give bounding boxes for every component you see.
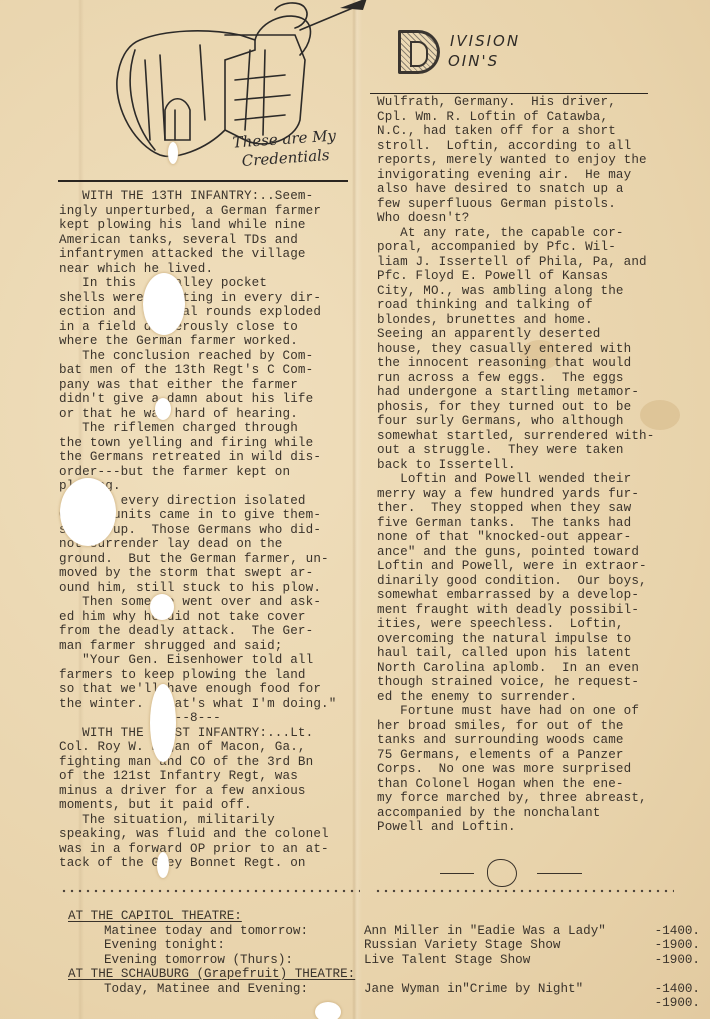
article-line: Cpl. Wm. R. Loftin of Catawba, [377, 110, 654, 125]
article-line: of the 121st Infantry Regt, was [59, 769, 336, 784]
article-line: ities, were speechless. Loftin, [377, 617, 654, 632]
article-line: City, MO., was ambling along the [377, 284, 654, 299]
article-line: near which he lived. [59, 262, 336, 277]
article-line: Seeing an apparently deserted [377, 327, 654, 342]
article-line: ection and several rounds exploded [59, 305, 336, 320]
article-line: ed him why he did not take cover [59, 610, 336, 625]
article-line: ment fraught with deadly possibil- [377, 603, 654, 618]
article-line: Who doesn't? [377, 211, 654, 226]
article-line: pany was that either the farmer [59, 378, 336, 393]
article-line: overcoming the natural impulse to [377, 632, 654, 647]
paper-hole [150, 684, 176, 762]
article-line: my force marched by, three abreast, [377, 791, 654, 806]
showing-slot: Today, Matinee and Evening: [104, 982, 308, 997]
article-line: tack of the Grey Bonnet Regt. on [59, 856, 336, 871]
paper-hole [315, 1002, 341, 1019]
showing-row: Evening tomorrow (Thurs):Live Talent Sta… [68, 953, 355, 968]
article-line: North Carolina aplomb. In an even [377, 661, 654, 676]
article-line: In this Valley pocket [59, 276, 336, 291]
article-line: blondes, brunettes and home. [377, 313, 654, 328]
hand-drawn-end-glyph-icon [487, 859, 517, 887]
article-line: Col. Roy W. Hogan of Macon, Ga., [59, 740, 336, 755]
article-line: house, they casually entered with [377, 342, 654, 357]
article-line: also have desired to snatch up a [377, 182, 654, 197]
end-dash-left [440, 873, 474, 874]
article-line: infantrymen attacked the village [59, 247, 336, 262]
masthead-line-2: OIN'S [448, 52, 499, 70]
article-line: road thinking and talking of [377, 298, 654, 313]
article-line: moments, but it paid off. [59, 798, 336, 813]
showing-time: -1900. [636, 953, 700, 968]
article-line: The situation, militarily [59, 813, 336, 828]
article-line: accompanied by the nonchalant [377, 806, 654, 821]
article-line: speaking, was fluid and the colonel [59, 827, 336, 842]
article-line: Pfc. Floyd E. Powell of Kansas [377, 269, 654, 284]
article-line: moved by the storm that swept ar- [59, 566, 336, 581]
article-line: man farmer shrugged and said; [59, 639, 336, 654]
showing-time: -1400. [636, 924, 700, 939]
article-line: fighting man and CO of the 3rd Bn [59, 755, 336, 770]
showing-time: -1900. [636, 938, 700, 953]
article-line: At any rate, the capable cor- [377, 226, 654, 241]
article-line: ound him, still stuck to his plow. [59, 581, 336, 596]
showing-title: Russian Variety Stage Show [364, 938, 561, 953]
article-line: didn't give a damn about his life [59, 392, 336, 407]
article-line: Corps. No one was more surprised [377, 762, 654, 777]
article-line: stroll. Loftin, according to all [377, 139, 654, 154]
article-line: than Colonel Hogan when the ene- [377, 777, 654, 792]
masthead-initial-d-icon [398, 30, 440, 74]
article-line: none of that "knocked-out appear- [377, 530, 654, 545]
article-line: in a field dangerously close to [59, 320, 336, 335]
showing-time: -1400. [636, 982, 700, 997]
article-line: out a struggle. They were taken [377, 443, 654, 458]
showing-slot: Evening tomorrow (Thurs): [104, 953, 293, 968]
article-line: the winter. That's what I'm doing." [59, 697, 336, 712]
article-line: merry way a few hundred yards fur- [377, 487, 654, 502]
article-line: Then someone went over and ask- [59, 595, 336, 610]
article-line: shells were esting in every dir- [59, 291, 336, 306]
article-line: order---but the farmer kept on [59, 465, 336, 480]
left-header-rule [58, 180, 348, 182]
article-line: somewhat embarrassed by a develop- [377, 588, 654, 603]
article-line: Wulfrath, Germany. His driver, [377, 95, 654, 110]
article-line: Powell and Loftin. [377, 820, 654, 835]
article-line: ance" and the guns, pointed toward [377, 545, 654, 560]
article-line: or that he was hard of hearing. [59, 407, 336, 422]
article-line: was in a forward OP prior to an at- [59, 842, 336, 857]
theatre-heading: AT THE CAPITOL THEATRE: [68, 909, 355, 924]
showing-row: Matinee today and tomorrow:Ann Miller in… [68, 924, 355, 939]
showing-row: Evening tonight:Russian Variety Stage Sh… [68, 938, 355, 953]
article-line: the innocent reasoning that would [377, 356, 654, 371]
article-line: somewhat startled, surrendered with- [377, 429, 654, 444]
dotted-separator-left [60, 889, 360, 893]
paper-hole [168, 142, 178, 164]
right-article-column: Wulfrath, Germany. His driver,Cpl. Wm. R… [377, 95, 654, 835]
article-line: back to Issertell. [377, 458, 654, 473]
article-line: Loftin and Powell, were in extraor- [377, 559, 654, 574]
paper-hole [155, 398, 171, 420]
showing-time: -1900. [636, 996, 700, 1011]
article-line: though strained voice, he request- [377, 675, 654, 690]
theatre-listings: AT THE CAPITOL THEATRE:Matinee today and… [68, 909, 355, 1011]
paper-hole [143, 273, 185, 335]
article-line: The conclusion reached by Com- [59, 349, 336, 364]
showing-slot: Matinee today and tomorrow: [104, 924, 308, 939]
article-line: farmers to keep plowing the land [59, 668, 336, 683]
newsletter-page: These are My Credentials IVISION OIN'S W… [0, 0, 710, 1019]
end-dash-right [537, 873, 582, 874]
article-line: 75 Germans, elements of a Panzer [377, 748, 654, 763]
article-line: American tanks, several TDs and [59, 233, 336, 248]
showing-row: -1900. [68, 996, 355, 1011]
paper-hole [157, 852, 169, 878]
article-line: where the German farmer worked. [59, 334, 336, 349]
showing-title: Live Talent Stage Show [364, 953, 530, 968]
right-header-rule [370, 93, 648, 94]
article-line: N.C., had taken off for a short [377, 124, 654, 139]
article-line: WITH THE 121ST INFANTRY:...Lt. [59, 726, 336, 741]
article-line: Loftin and Powell wended their [377, 472, 654, 487]
article-line: the town yelling and firing while [59, 436, 336, 451]
showing-title: Jane Wyman in"Crime by Night" [364, 982, 583, 997]
article-line: her broad smiles, for out of the [377, 719, 654, 734]
article-line: WITH THE 13TH INFANTRY:..Seem- [59, 189, 336, 204]
article-line: tanks and surrounding woods came [377, 733, 654, 748]
article-line: five German tanks. The tanks had [377, 516, 654, 531]
article-end-mark [435, 858, 585, 888]
article-line: haul tail, called upon his latent [377, 646, 654, 661]
article-line: the Germans retreated in wild dis- [59, 450, 336, 465]
article-line: "Your Gen. Eisenhower told all [59, 653, 336, 668]
dotted-separator-right [374, 889, 674, 893]
showing-row: Today, Matinee and Evening:Jane Wyman in… [68, 982, 355, 997]
article-line: minus a driver for a few anxious [59, 784, 336, 799]
article-line: run across a few eggs. The eggs [377, 371, 654, 386]
article-line: liam J. Issertell of Phila, Pa, and [377, 255, 654, 270]
article-line: The riflemen charged through [59, 421, 336, 436]
paper-hole [60, 478, 116, 546]
theatre-heading: AT THE SCHAUBURG (Grapefruit) THEATRE: [68, 967, 355, 982]
article-line: so that we'll have enough food for [59, 682, 336, 697]
article-line: ingly unperturbed, a German farmer [59, 204, 336, 219]
article-line: ---8--- [59, 711, 336, 726]
article-line: from the deadly attack. The Ger- [59, 624, 336, 639]
showing-slot: Evening tonight: [104, 938, 225, 953]
article-line: ed the enemy to surrender. [377, 690, 654, 705]
article-line: phosis, for they turned out to be [377, 400, 654, 415]
article-line: Fortune must have had on one of [377, 704, 654, 719]
article-line: had undergone a startling metamor- [377, 385, 654, 400]
paper-hole [150, 594, 174, 620]
article-line: four surly Germans, who although [377, 414, 654, 429]
article-line: invigorating evening air. He may [377, 168, 654, 183]
article-line: poral, accompanied by Pfc. Wil- [377, 240, 654, 255]
article-line: dinarily good condition. Our boys, [377, 574, 654, 589]
article-line: ther. They stopped when they saw [377, 501, 654, 516]
article-line: ground. But the German farmer, un- [59, 552, 336, 567]
masthead-line-1: IVISION [450, 32, 520, 50]
article-line: few superfluous German pistols. [377, 197, 654, 212]
article-line: reports, merely wanted to enjoy the [377, 153, 654, 168]
showing-title: Ann Miller in "Eadie Was a Lady" [364, 924, 606, 939]
masthead: IVISION OIN'S [398, 28, 598, 88]
article-line: bat men of the 13th Regt's C Com- [59, 363, 336, 378]
article-line: kept plowing his land while nine [59, 218, 336, 233]
